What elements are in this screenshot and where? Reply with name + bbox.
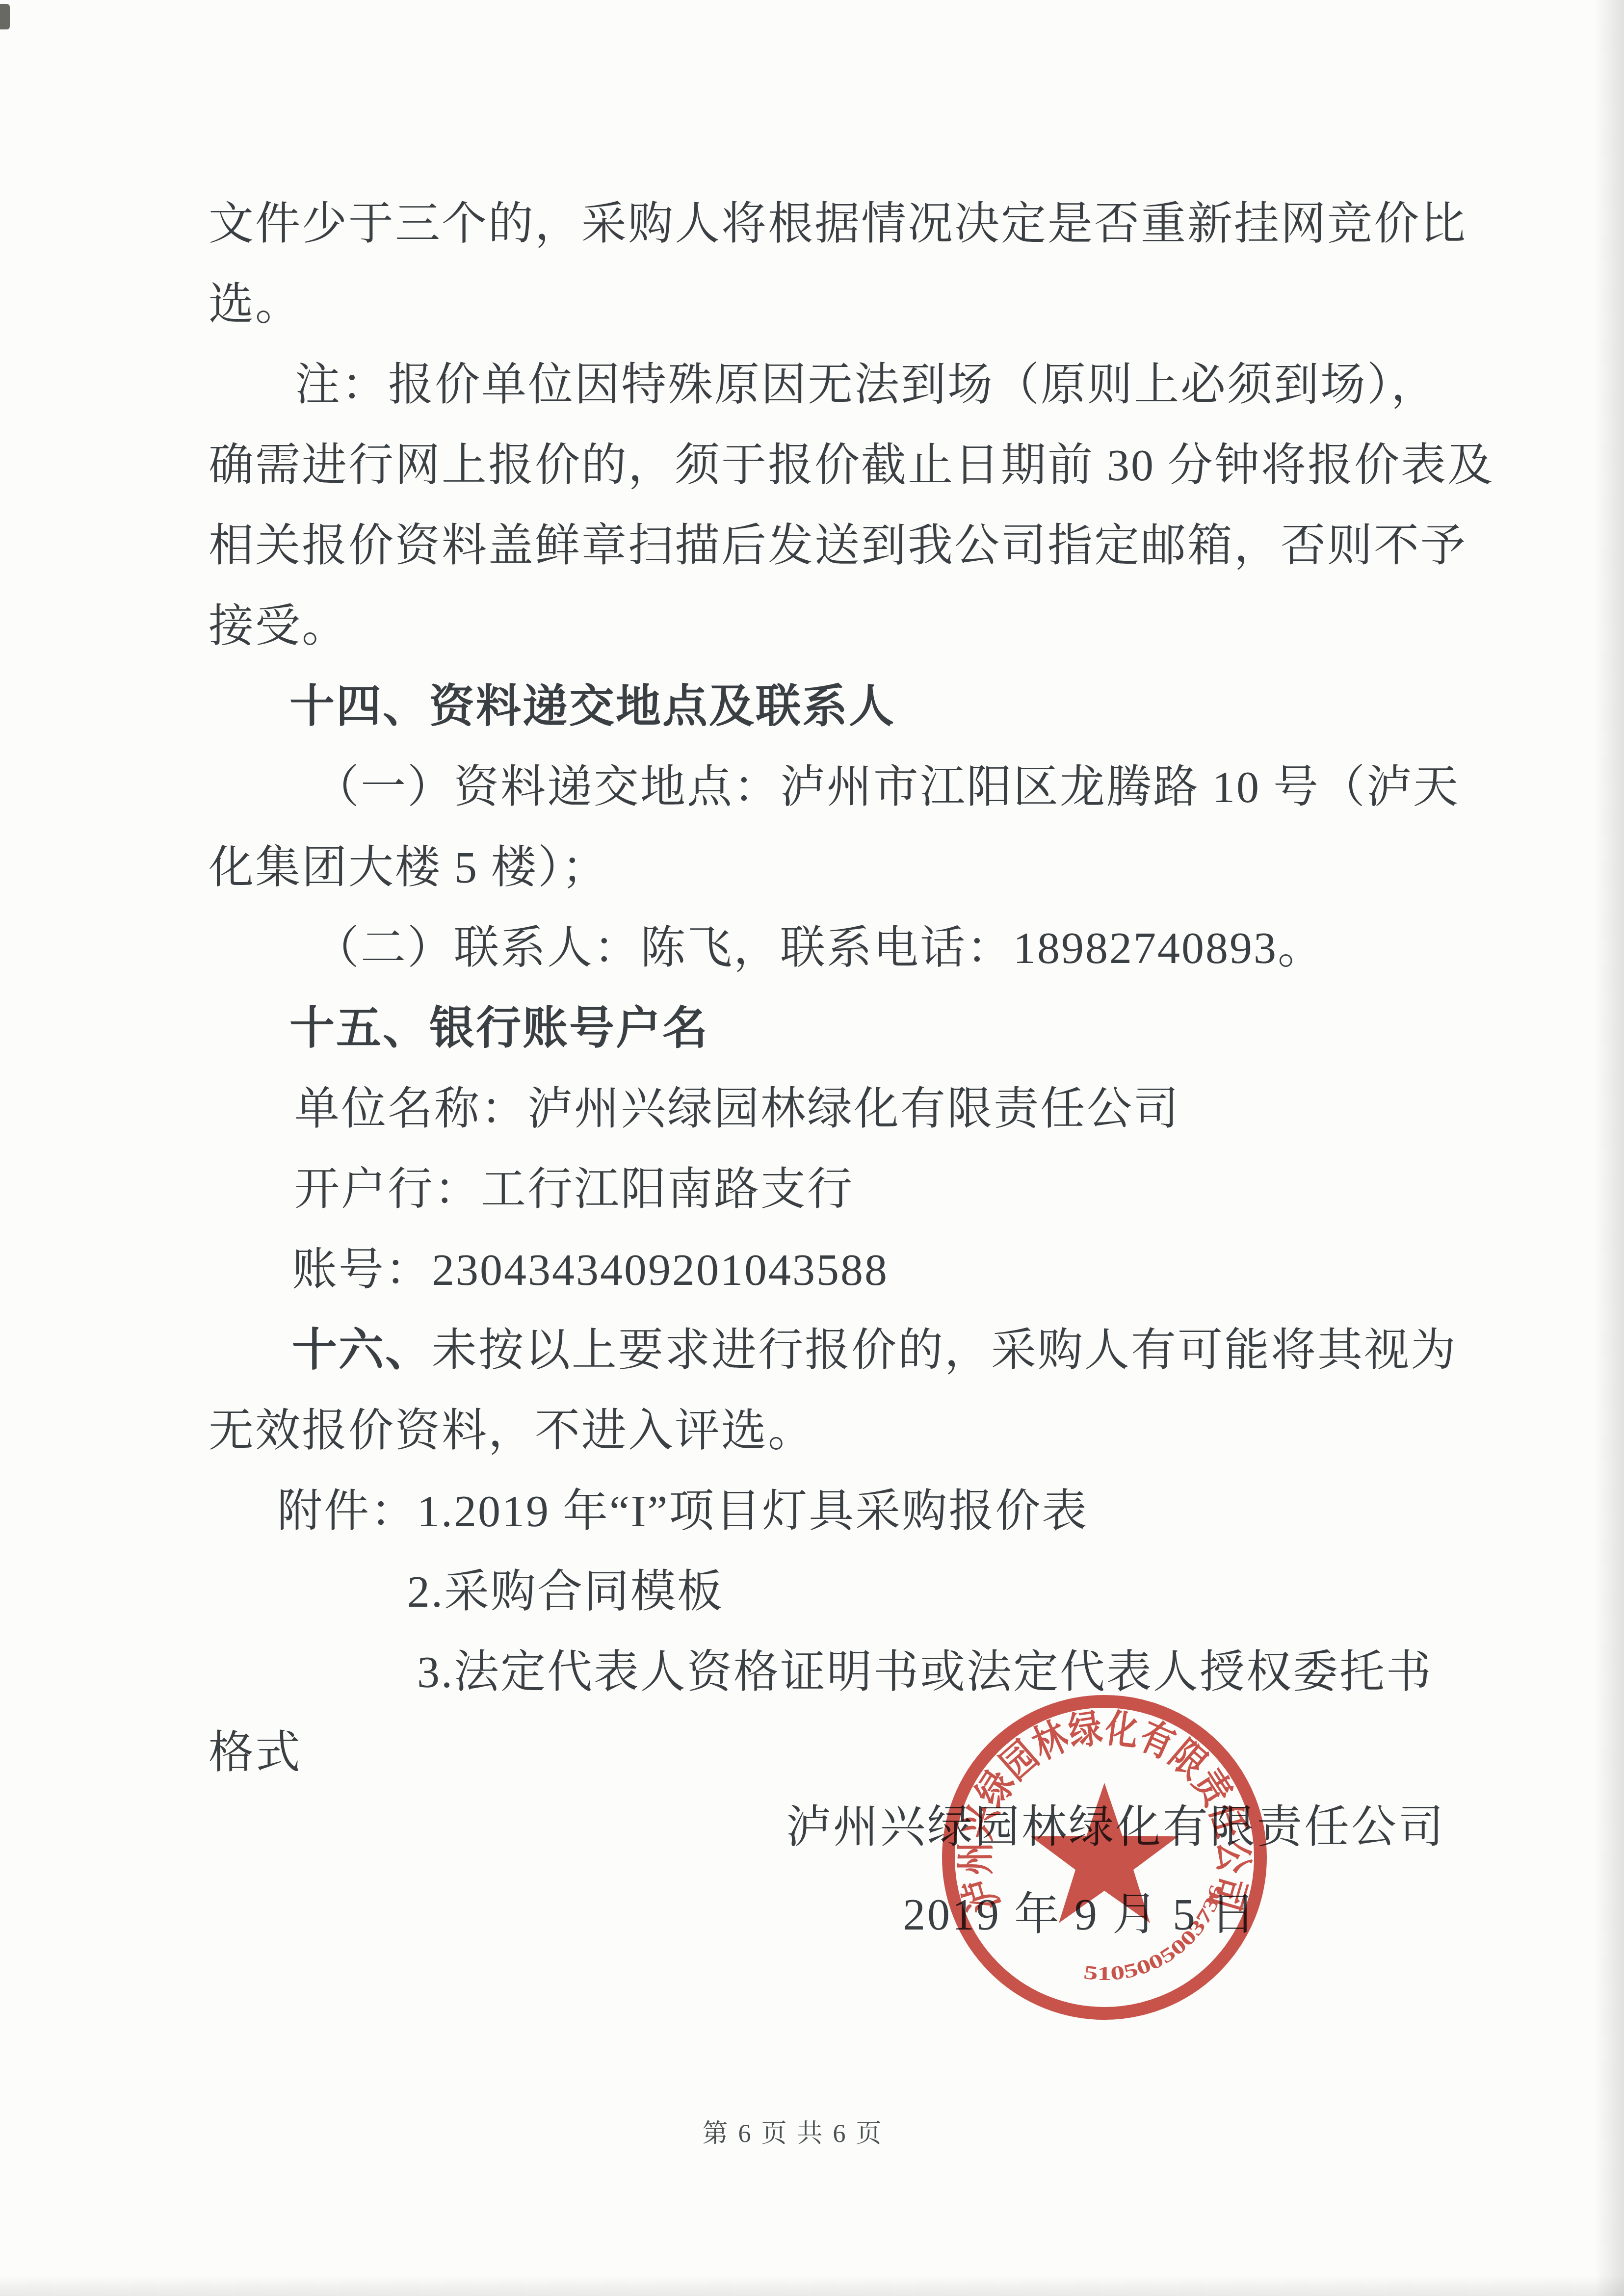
body-line: 格式 <box>209 1712 1553 1793</box>
section-heading-15: 十五、银行账号户名 <box>209 988 1553 1069</box>
section-heading-14: 十四、资料递交地点及联系人 <box>209 666 1553 747</box>
body-line: （一）资料递交地点：泸州市江阳区龙腾路 10 号（泸天 <box>209 747 1553 827</box>
body-line: 账号：2304343409201043588 <box>209 1229 1553 1310</box>
body-line: 确需进行网上报价的，须于报价截止日期前 30 分钟将报价表及 <box>209 425 1553 505</box>
scan-artifact-corner <box>0 4 10 29</box>
body-line: 单位名称：泸州兴绿园林绿化有限责任公司 <box>209 1069 1553 1149</box>
body-line: 文件少于三个的，采购人将根据情况决定是否重新挂网竞价比 <box>209 183 1553 264</box>
document-body: 文件少于三个的，采购人将根据情况决定是否重新挂网竞价比 选。 注：报价单位因特殊… <box>209 183 1553 1793</box>
body-line: 开户行：工行江阳南路支行 <box>209 1149 1553 1229</box>
seal-star-icon <box>1031 1783 1179 1923</box>
page-footer: 第 6 页 共 6 页 <box>0 2113 1605 2149</box>
scanned-document-page: 文件少于三个的，采购人将根据情况决定是否重新挂网竞价比 选。 注：报价单位因特殊… <box>0 0 1624 2296</box>
body-line: 十六、未按以上要求进行报价的，采购人有可能将其视为 <box>209 1310 1553 1390</box>
attachment-line: 3.法定代表人资格证明书或法定代表人授权委托书 <box>209 1632 1553 1712</box>
section-heading-16: 十六、 <box>292 1325 432 1375</box>
body-line-text: 未按以上要求进行报价的，采购人有可能将其视为 <box>432 1325 1457 1375</box>
body-line: 化集团大楼 5 楼）； <box>209 827 1553 908</box>
scan-edge-bottom <box>0 2275 1624 2296</box>
company-seal: 泸州兴绿园林绿化有限责任公司 5105005003736 <box>935 1688 1274 2027</box>
body-line: 无效报价资料，不进入评选。 <box>209 1390 1553 1471</box>
scan-edge-right <box>1595 0 1624 2296</box>
attachment-line: 2.采购合同模板 <box>209 1551 1553 1632</box>
body-line: （二）联系人：陈飞，联系电话：18982740893。 <box>209 908 1553 988</box>
body-line: 选。 <box>209 264 1553 344</box>
body-line: 相关报价资料盖鲜章扫描后发送到我公司指定邮箱，否则不予 <box>209 505 1553 586</box>
body-line: 接受。 <box>209 586 1553 666</box>
attachment-line: 附件：1.2019 年“I”项目灯具采购报价表 <box>209 1471 1553 1551</box>
body-line: 注：报价单位因特殊原因无法到场（原则上必须到场）， <box>209 344 1553 425</box>
